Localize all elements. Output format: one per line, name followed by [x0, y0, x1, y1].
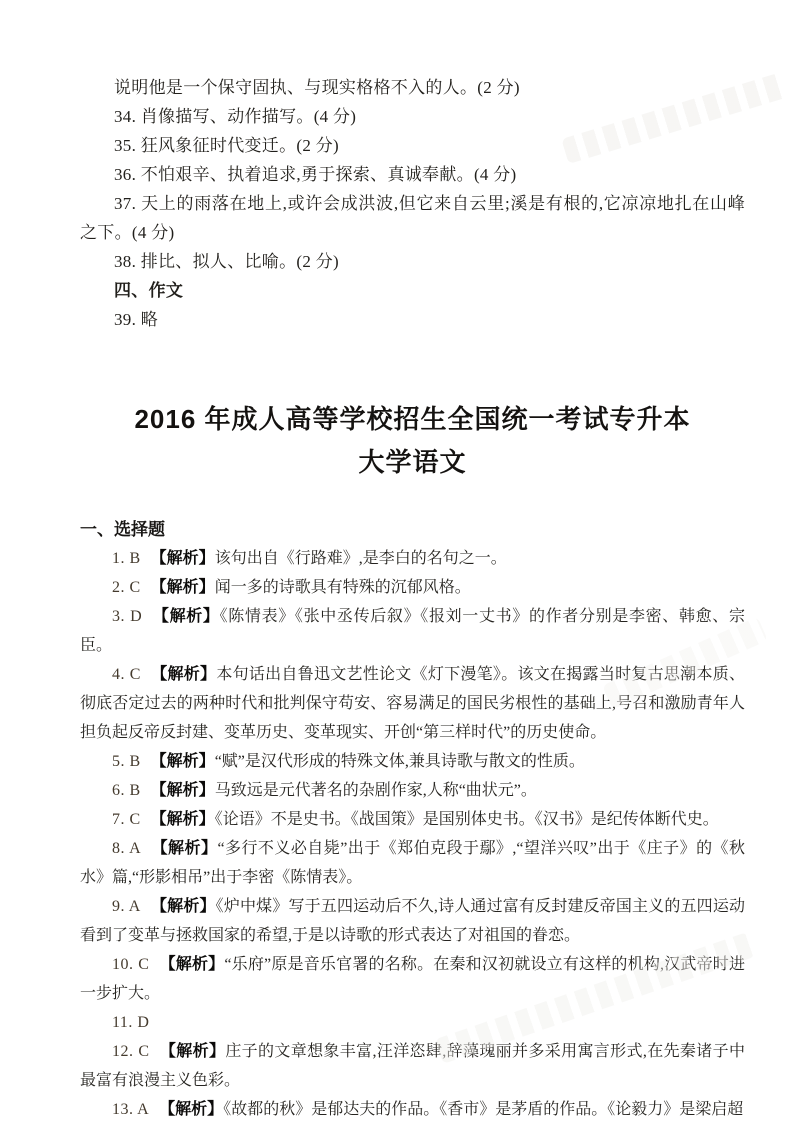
section-heading-essay: 四、作文 — [80, 276, 745, 305]
answer-number: 3. D — [112, 608, 142, 625]
answer-item-13: 13. A【解析】《故都的秋》是郁达夫的作品。《香市》是茅盾的作品。《论毅力》是… — [80, 1095, 745, 1124]
answer-number: 8. A — [112, 840, 141, 857]
explanation-text: 该句出自《行路难》,是李白的名句之一。 — [215, 550, 507, 567]
jiexi-label: 【解析】 — [159, 1101, 223, 1118]
answer-item-2: 2. C【解析】闻一多的诗歌具有特殊的沉郁风格。 — [80, 573, 745, 602]
jiexi-label: 【解析】 — [151, 550, 215, 567]
explanation-text: 《论语》不是史书。《战国策》是国别体史书。《汉书》是纪传体断代史。 — [215, 811, 719, 828]
jiexi-label: 【解析】 — [152, 608, 219, 625]
explanation-text: 马致远是元代著名的杂剧作家,人称“曲状元”。 — [215, 782, 537, 799]
explanation-text: 《故都的秋》是郁达夫的作品。《香市》是茅盾的作品。《论毅力》是梁启超 — [223, 1101, 743, 1118]
answer-line-38: 38. 排比、拟人、比喻。(2 分) — [80, 247, 745, 276]
explanation-text: 闻一多的诗歌具有特殊的沉郁风格。 — [215, 579, 471, 596]
answer-continuation-line: 说明他是一个保守固执、与现实格格不入的人。(2 分) — [80, 73, 745, 102]
answer-number: 2. C — [112, 579, 141, 596]
answer-number: 4. C — [112, 666, 141, 683]
answer-number: 5. B — [112, 753, 141, 770]
answer-line-37: 37. 天上的雨落在地上,或许会成洪波,但它来自云里;溪是有根的,它凉凉地扎在山… — [80, 189, 745, 247]
answer-item-10: 10. C【解析】“乐府”原是音乐官署的名称。在秦和汉初就设立有这样的机构,汉武… — [80, 950, 745, 1008]
section-heading-multiple-choice: 一、选择题 — [80, 515, 745, 544]
jiexi-label: 【解析】 — [160, 1043, 226, 1060]
answer-item-9: 9. A【解析】《炉中煤》写于五四运动后不久,诗人通过富有反封建反帝国主义的五四… — [80, 892, 745, 950]
answer-number: 6. B — [112, 782, 141, 799]
previous-answers-section: 说明他是一个保守固执、与现实格格不入的人。(2 分) 34. 肖像描写、动作描写… — [80, 73, 745, 334]
jiexi-label: 【解析】 — [151, 811, 215, 828]
answer-number: 7. C — [112, 811, 141, 828]
title-line-2: 大学语文 — [80, 441, 745, 484]
jiexi-label: 【解析】 — [151, 579, 215, 596]
answer-item-1: 1. B【解析】该句出自《行路难》,是李白的名句之一。 — [80, 544, 745, 573]
document-title: 2016 年成人高等学校招生全国统一考试专升本 大学语文 — [80, 398, 745, 484]
answer-number: 11. D — [112, 1014, 149, 1031]
answer-item-7: 7. C【解析】《论语》不是史书。《战国策》是国别体史书。《汉书》是纪传体断代史… — [80, 805, 745, 834]
answer-item-3: 3. D【解析】《陈情表》《张中丞传后叙》《报刘一丈书》的作者分别是李密、韩愈、… — [80, 602, 745, 660]
answer-item-5: 5. B【解析】“赋”是汉代形成的特殊文体,兼具诗歌与散文的性质。 — [80, 747, 745, 776]
answer-line-36: 36. 不怕艰辛、执着追求,勇于探索、真诚奉献。(4 分) — [80, 160, 745, 189]
answer-number: 10. C — [112, 956, 149, 973]
answer-line-35: 35. 狂风象征时代变迁。(2 分) — [80, 131, 745, 160]
answer-line-39: 39. 略 — [80, 305, 745, 334]
answer-line-34: 34. 肖像描写、动作描写。(4 分) — [80, 102, 745, 131]
answer-number: 9. A — [112, 898, 141, 915]
explanation-text: “赋”是汉代形成的特殊文体,兼具诗歌与散文的性质。 — [215, 753, 585, 770]
answer-item-11: 11. D — [80, 1008, 745, 1037]
answer-key-section: 一、选择题 1. B【解析】该句出自《行路难》,是李白的名句之一。 2. C【解… — [80, 515, 745, 1124]
jiexi-label: 【解析】 — [151, 666, 216, 683]
jiexi-label: 【解析】 — [159, 956, 224, 973]
answer-item-8: 8. A【解析】“多行不义必自毙”出于《郑伯克段于鄢》,“望洋兴叹”出于《庄子》… — [80, 834, 745, 892]
answer-item-6: 6. B【解析】马致远是元代著名的杂剧作家,人称“曲状元”。 — [80, 776, 745, 805]
jiexi-label: 【解析】 — [151, 753, 215, 770]
answer-item-4: 4. C【解析】本句话出自鲁迅文艺性论文《灯下漫笔》。该文在揭露当时复古思潮本质… — [80, 660, 745, 747]
jiexi-label: 【解析】 — [151, 782, 215, 799]
jiexi-label: 【解析】 — [151, 898, 216, 915]
title-line-1: 2016 年成人高等学校招生全国统一考试专升本 — [80, 398, 745, 441]
document-page: 说明他是一个保守固执、与现实格格不入的人。(2 分) 34. 肖像描写、动作描写… — [0, 0, 800, 1145]
answer-number: 12. C — [112, 1043, 150, 1060]
jiexi-label: 【解析】 — [151, 840, 217, 857]
answer-item-12: 12. C【解析】庄子的文章想象丰富,汪洋恣肆,辞藻瑰丽并多采用寓言形式,在先秦… — [80, 1037, 745, 1095]
answer-number: 13. A — [112, 1101, 149, 1118]
answer-number: 1. B — [112, 550, 141, 567]
